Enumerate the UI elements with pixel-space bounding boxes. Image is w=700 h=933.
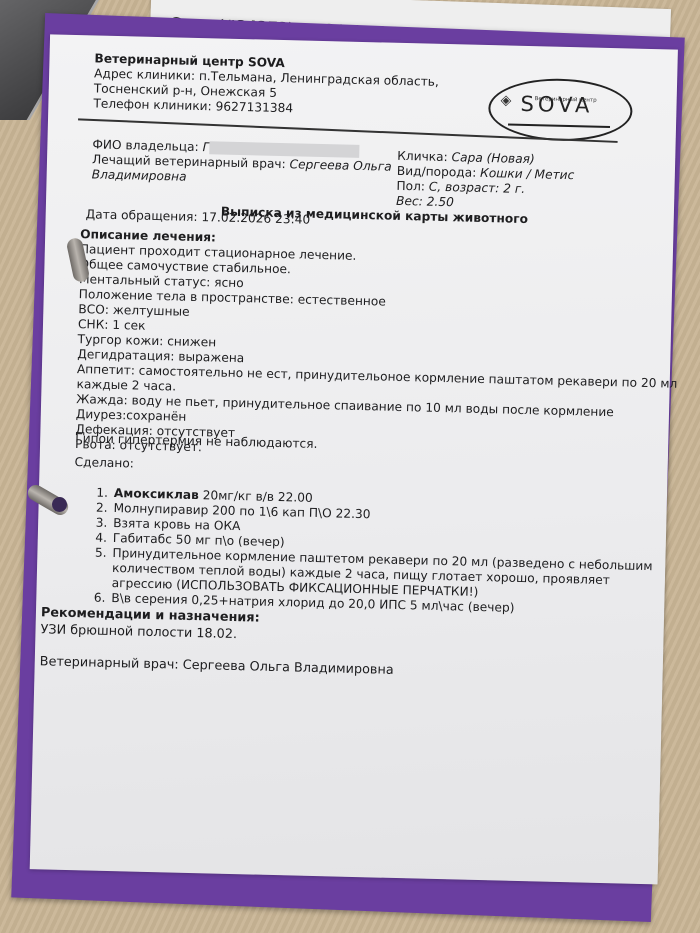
pet-name: Сара (Новая): [451, 150, 534, 166]
medical-record-page: Ветеринарный центр SOVA Адрес клиники: п…: [30, 34, 678, 884]
recommendations: Рекомендации и назначения: УЗИ брюшной п…: [40, 604, 260, 643]
pet-breed: Кошки / Метис: [480, 166, 574, 182]
pet-breed-label: Вид/порода:: [397, 164, 477, 180]
pet-weight: 2.50: [426, 195, 453, 210]
doctor-name-1: Сергеева Ольга: [289, 157, 391, 173]
done-section: Сделано: Амоксиклав 20мг/кг в/в 22.00Мол…: [71, 455, 667, 619]
owner-label: ФИО владельца:: [92, 137, 199, 154]
punch-hole: [52, 497, 67, 512]
pet-sex-age: С, возраст: 2 г.: [429, 180, 526, 196]
logo-word: SOVA: [520, 97, 593, 114]
owl-emblem-icon: ◈: [500, 93, 511, 108]
logo-underline: [508, 124, 610, 128]
clinic-info: Ветеринарный центр SOVA Адрес клиники: п…: [93, 51, 439, 119]
pet-sex-label: Пол:: [396, 179, 425, 194]
sova-logo: ◈ Ветеринарный центр SOVA: [488, 77, 633, 142]
owner-info: ФИО владельца: Г Лечащий ветеринарный вр…: [91, 137, 392, 189]
doctor-signature: Ветеринарный врач: Сергеева Ольга Владим…: [40, 654, 394, 678]
done-list: Амоксиклав 20мг/кг в/в 22.00Молнупиравир…: [71, 485, 667, 619]
pet-name-label: Кличка:: [397, 149, 448, 164]
pet-weight-label: Вес:: [396, 194, 423, 209]
done-item-drug: Амоксиклав: [114, 486, 199, 502]
doctor-name-2: Владимировна: [92, 167, 187, 183]
pet-info: Кличка: Сара (Новая) Вид/порода: Кошки /…: [396, 149, 575, 213]
treatment-description: Описание лечения: Пациент проходит стаци…: [75, 227, 681, 467]
